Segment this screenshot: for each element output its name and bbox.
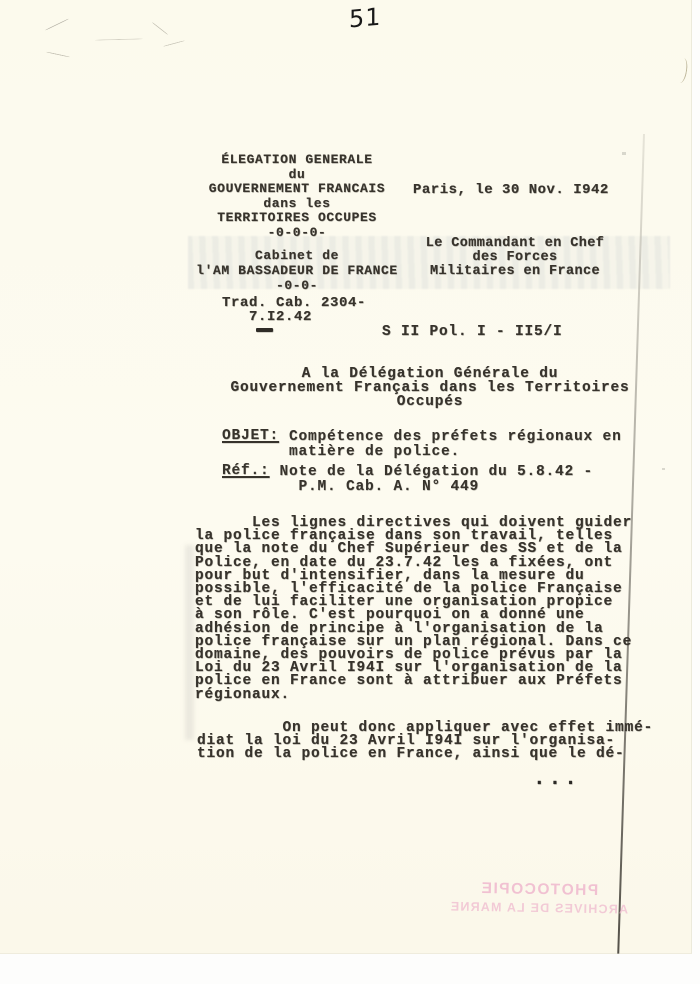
scanned-document-page: 51 ÉLEGATION GENERALE du GOUVERNEMENT FR… <box>0 0 700 984</box>
translation-reference: Trad. Cab. 2304- 7.I2.42 <box>222 297 366 324</box>
photocopy-stamp: PHOTOCOPIE ARCHIVES DE LA MARNE <box>428 878 651 918</box>
letterhead-organization: ÉLEGATION GENERALE du GOUVERNEMENT FRANC… <box>192 153 402 241</box>
file-number: S II Pol. I - II5/I <box>382 326 563 339</box>
body-paragraph-2: On peut donc appliquer avec effet immé- … <box>197 722 653 762</box>
letterhead-cabinet: Cabinet de l'AM BASSADEUR DE FRANCE -0-0… <box>192 248 402 293</box>
body-paragraph-1: Les lignes directives qui doivent guider… <box>195 517 632 702</box>
speck <box>662 468 665 470</box>
reference-text: Note de la Délégation du 5.8.42 - P.M. C… <box>280 465 594 495</box>
date-line: Paris, le 30 Nov. I942 <box>413 182 609 198</box>
objet-label: OBJET: <box>222 430 279 460</box>
speck <box>622 152 626 155</box>
reference-row: Réf.: Note de la Délégation du 5.8.42 - … <box>222 465 593 495</box>
continuation-dots: ... <box>533 768 580 791</box>
address-block: A la Délégation Générale du Gouvernement… <box>195 368 665 409</box>
separator-dash <box>256 328 273 332</box>
margin-smudge <box>185 545 194 740</box>
objet-row: OBJET: Compétence des préfets régionaux … <box>222 430 622 460</box>
recipient-block: Le Commandant en Chef des Forces Militai… <box>400 237 630 279</box>
objet-text: Compétence des préfets régionaux en mati… <box>289 430 622 460</box>
reference-label: Réf.: <box>222 465 270 495</box>
page-number-handwritten: 51 <box>349 3 381 34</box>
